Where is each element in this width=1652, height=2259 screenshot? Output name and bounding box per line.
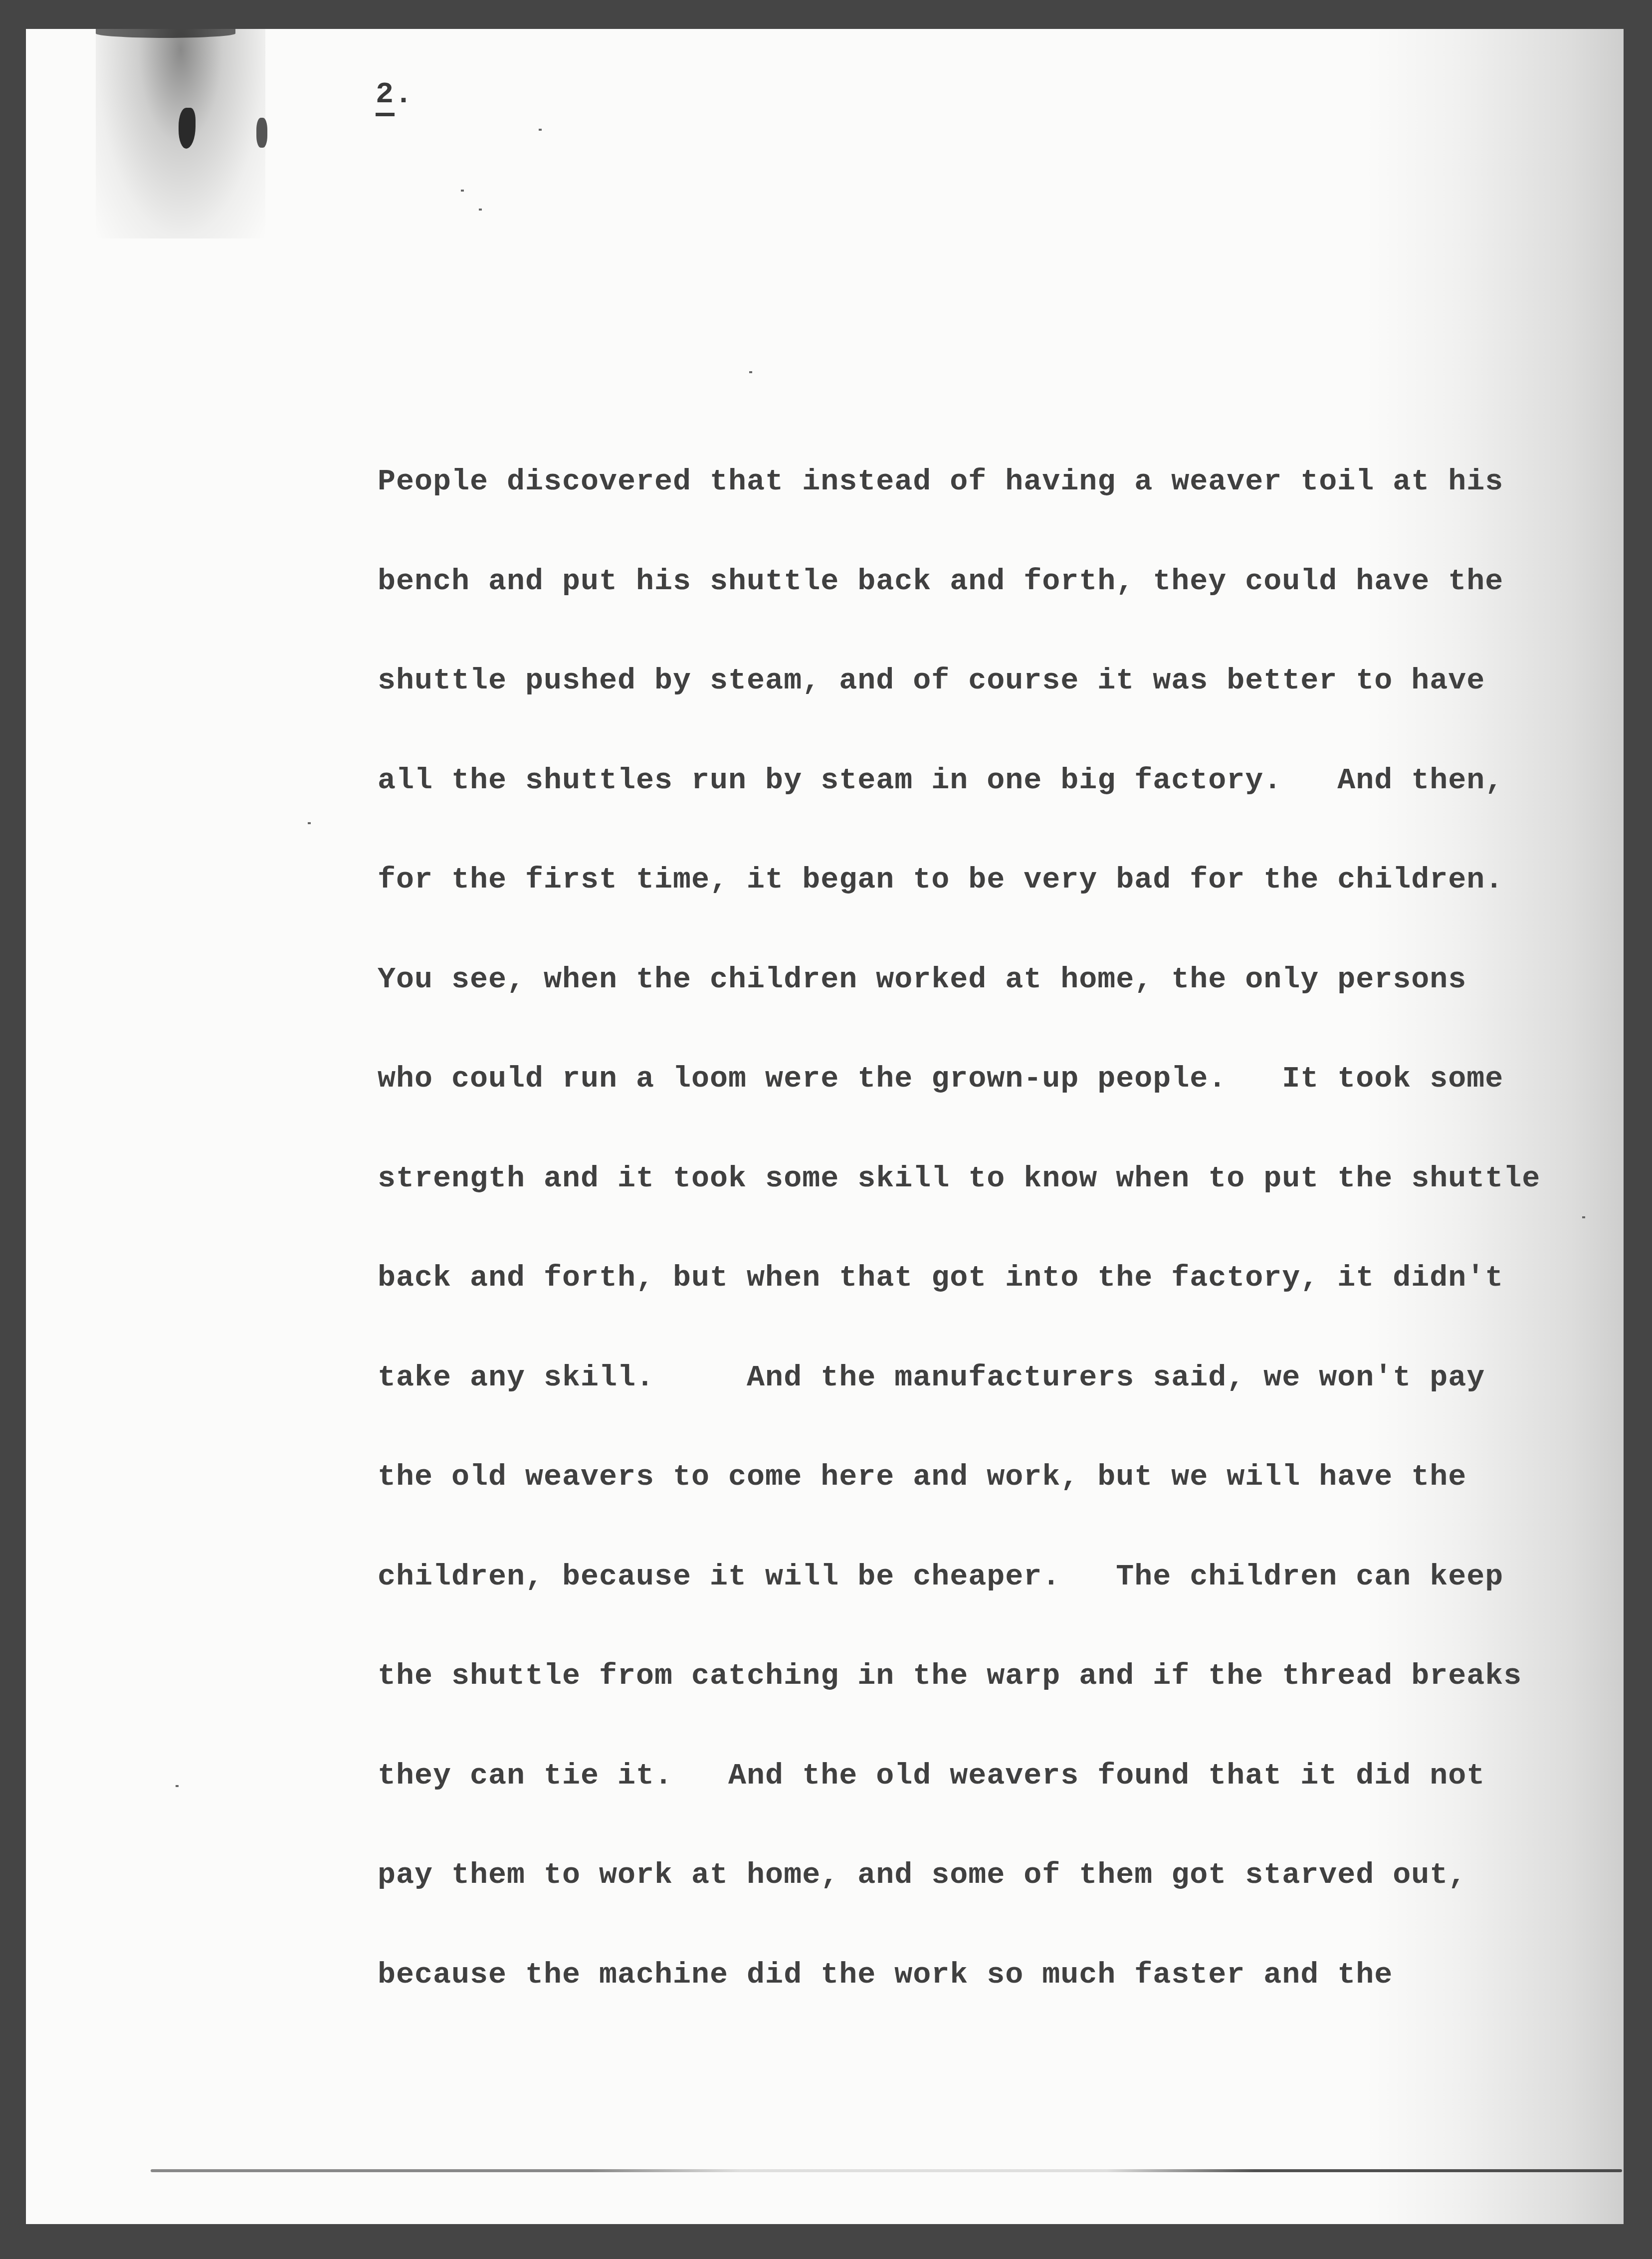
speck xyxy=(749,371,752,373)
ink-blot xyxy=(256,118,267,148)
text-line: You see, when the children worked at hom… xyxy=(378,960,1624,1060)
body-text: People discovered that instead of having… xyxy=(378,462,1624,2054)
text-line: children, because it will be cheaper. Th… xyxy=(378,1557,1624,1657)
text-line: because the machine did the work so much… xyxy=(378,1955,1624,2055)
text-line: for the first time, it began to be very … xyxy=(378,860,1624,960)
text-line: strength and it took some skill to know … xyxy=(378,1159,1624,1259)
document-page: 2. People discovered that instead of hav… xyxy=(26,29,1624,2224)
speck xyxy=(539,129,542,131)
text-line: bench and put his shuttle back and forth… xyxy=(378,562,1624,662)
text-line: who could run a loom were the grown-up p… xyxy=(378,1059,1624,1159)
text-line: the old weavers to come here and work, b… xyxy=(378,1457,1624,1557)
page-number-value: 2 xyxy=(376,78,395,116)
page-number-suffix: . xyxy=(395,78,413,112)
scan-edge-mark xyxy=(96,29,235,38)
text-line: the shuttle from catching in the warp an… xyxy=(378,1656,1624,1756)
speck xyxy=(308,822,311,824)
text-line: back and forth, but when that got into t… xyxy=(378,1258,1624,1358)
speck xyxy=(479,209,482,211)
text-line: take any skill. And the manufacturers sa… xyxy=(378,1358,1624,1458)
text-line: People discovered that instead of having… xyxy=(378,462,1624,562)
text-line: they can tie it. And the old weavers fou… xyxy=(378,1756,1624,1856)
text-line: shuttle pushed by steam, and of course i… xyxy=(378,661,1624,761)
page-number: 2. xyxy=(376,78,413,112)
text-line: pay them to work at home, and some of th… xyxy=(378,1855,1624,1955)
text-line: all the shuttles run by steam in one big… xyxy=(378,761,1624,861)
speck xyxy=(176,1785,179,1787)
bottom-rule xyxy=(151,2169,1622,2172)
speck xyxy=(461,190,464,192)
